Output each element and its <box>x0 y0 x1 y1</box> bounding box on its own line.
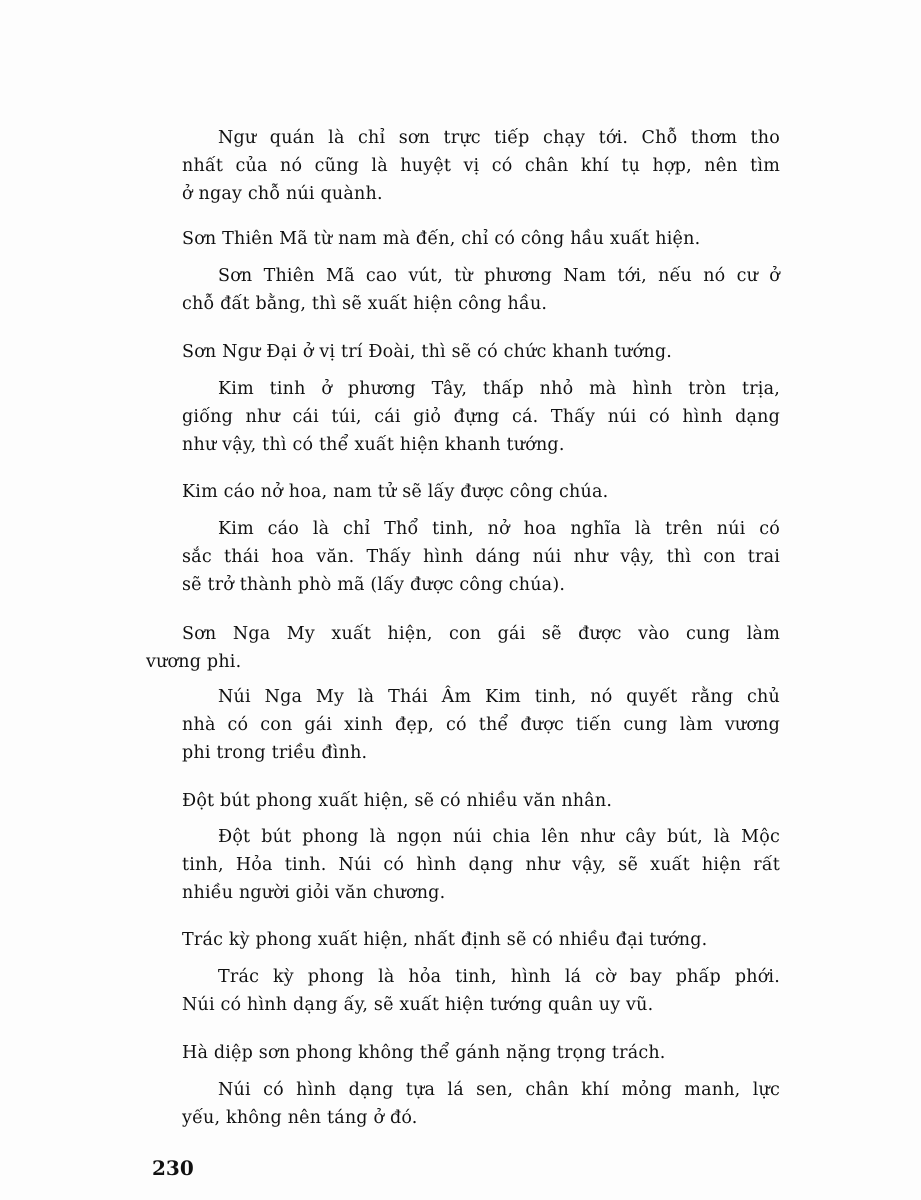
statement-line: Kim cáo nở hoa, nam tử sẽ lấy được công … <box>182 484 608 502</box>
text-line: Kim cáo là chỉ Thổ tinh, nở hoa nghĩa là… <box>218 521 780 539</box>
text-line: Núi có hình dạng ấy, sẽ xuất hiện tướng … <box>182 997 653 1015</box>
text-line: tinh, Hỏa tinh. Núi có hình dạng như vậy… <box>182 857 780 875</box>
statement-line: Hà diệp sơn phong không thể gánh nặng tr… <box>182 1045 666 1063</box>
text-line: yếu, không nên táng ở đó. <box>182 1110 418 1128</box>
statement-line: Sơn Ngư Đại ở vị trí Đoài, thì sẽ có chứ… <box>182 344 672 362</box>
text-line: Núi có hình dạng tựa lá sen, chân khí mỏ… <box>218 1082 780 1100</box>
text-line: Trác kỳ phong là hỏa tinh, hình lá cờ ba… <box>218 969 780 987</box>
text-line: giống như cái túi, cái giỏ đựng cá. Thấy… <box>182 409 780 427</box>
text-line: Sơn Thiên Mã cao vút, từ phương Nam tới,… <box>218 268 780 286</box>
text-line: như vậy, thì có thể xuất hiện khanh tướn… <box>182 437 565 455</box>
text-line: phi trong triều đình. <box>182 745 367 763</box>
text-line: ở ngay chỗ núi quành. <box>182 186 383 204</box>
text-line: nhiều người giỏi văn chương. <box>182 885 445 903</box>
statement-line: Đột bút phong xuất hiện, sẽ có nhiều văn… <box>182 793 612 811</box>
text-line: nhà có con gái xinh đẹp, có thể được tiế… <box>182 717 780 735</box>
text-line: Ngư quán là chỉ sơn trực tiếp chạy tới. … <box>218 130 780 148</box>
statement-line: Sơn Thiên Mã từ nam mà đến, chỉ có công … <box>182 231 700 249</box>
text-line: sắc thái hoa văn. Thấy hình dáng núi như… <box>182 549 780 567</box>
text-line: sẽ trở thành phò mã (lấy được công chúa)… <box>182 577 565 595</box>
statement-line: vương phi. <box>146 654 241 672</box>
page-number: 230 <box>152 1156 194 1180</box>
text-line: Núi Nga My là Thái Âm Kim tinh, nó quyết… <box>218 689 780 707</box>
book-page: Ngư quán là chỉ sơn trực tiếp chạy tới. … <box>0 0 921 1200</box>
text-line: nhất của nó cũng là huyệt vị có chân khí… <box>182 158 780 176</box>
statement-line: Sơn Nga My xuất hiện, con gái sẽ được và… <box>182 626 780 644</box>
text-line: Kim tinh ở phương Tây, thấp nhỏ mà hình … <box>218 381 780 399</box>
text-line: Đột bút phong là ngọn núi chia lên như c… <box>218 829 780 847</box>
statement-line: Trác kỳ phong xuất hiện, nhất định sẽ có… <box>182 932 707 950</box>
text-line: chỗ đất bằng, thì sẽ xuất hiện công hầu. <box>182 296 547 314</box>
